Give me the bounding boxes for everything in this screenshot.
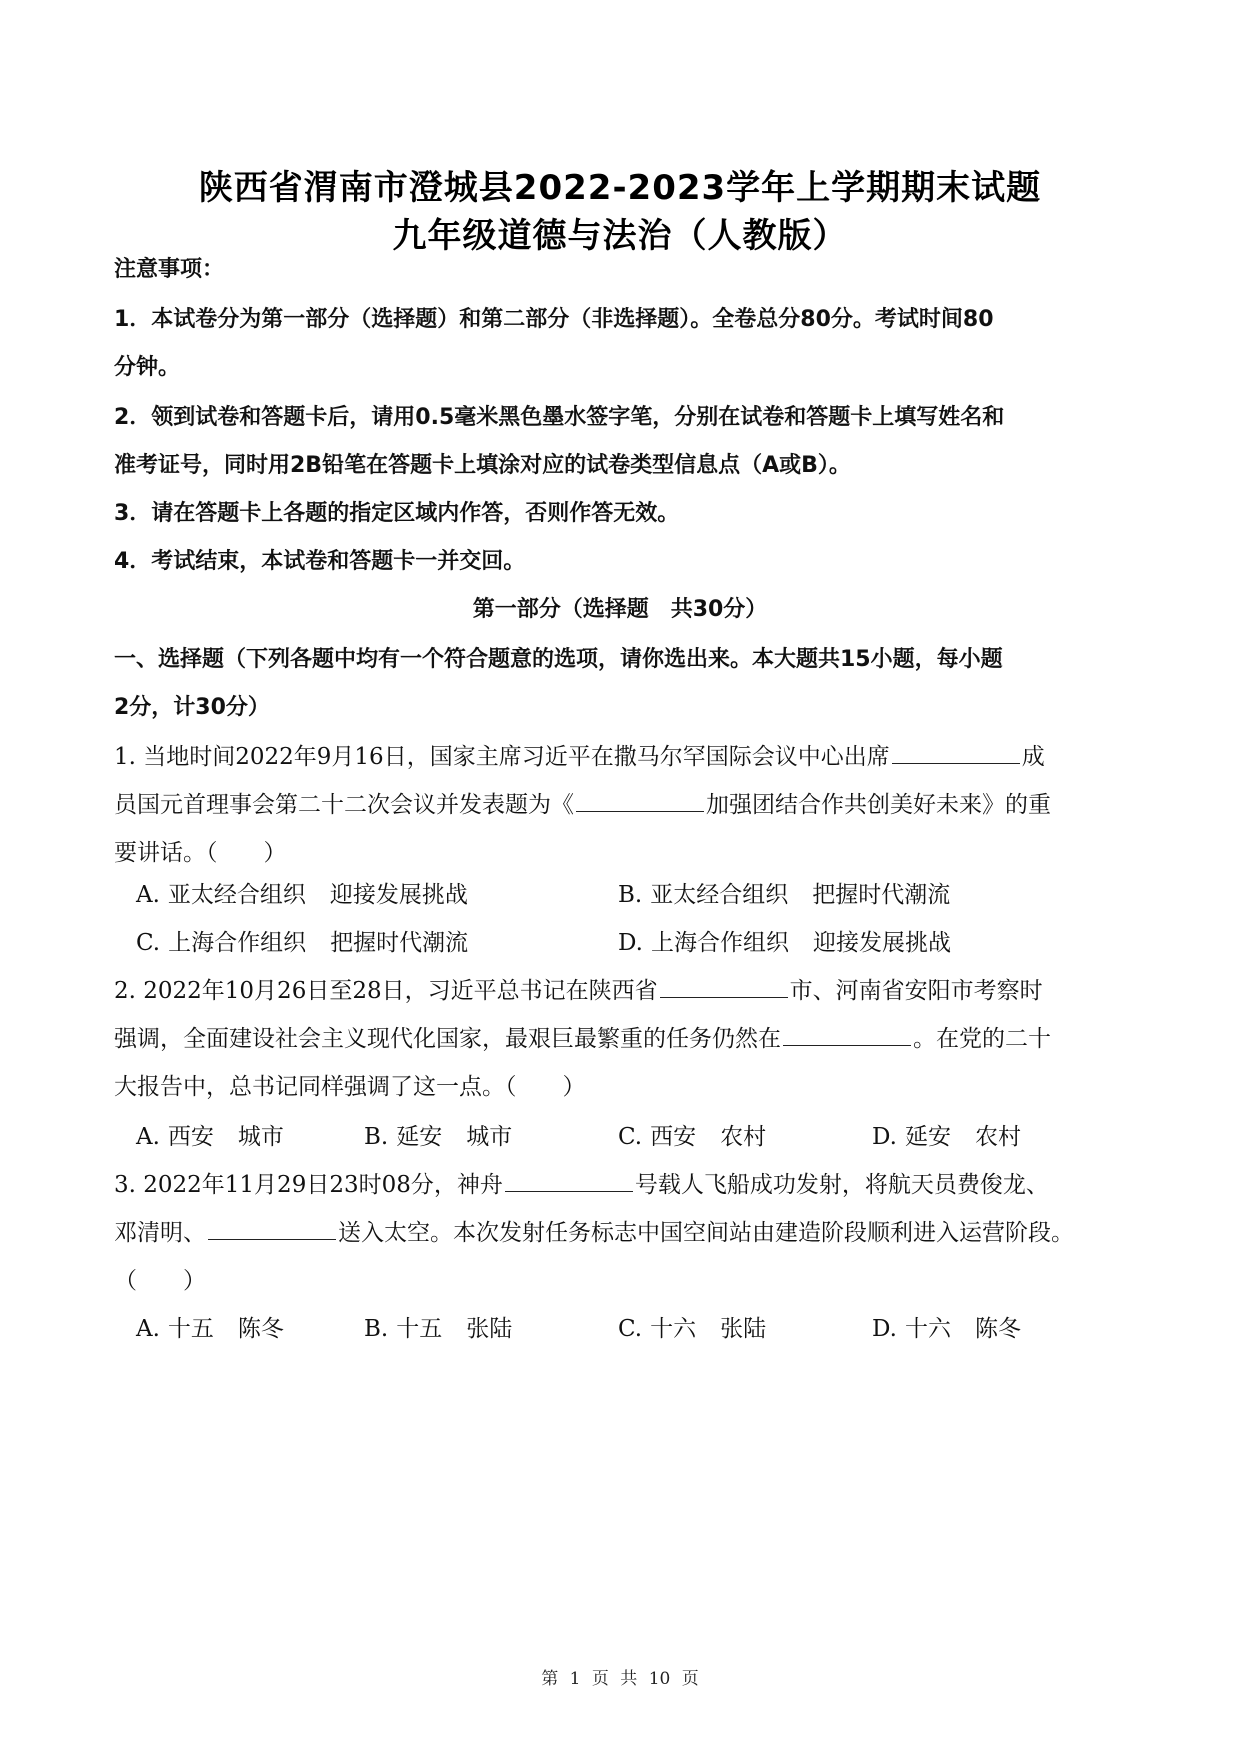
question-2-text-c: 强调，全面建设社会主义现代化国家，最艰巨最繁重的任务仍然在 (114, 1026, 781, 1052)
option-letter: A. (136, 1124, 160, 1150)
option-part1: 十六 (905, 1316, 951, 1342)
question-2-blank-2 (783, 1027, 911, 1046)
option-letter: D. (872, 1124, 897, 1150)
option-part1: 上海合作组织 (168, 930, 306, 956)
option-part1: 亚太经合组织 (168, 882, 306, 908)
note-2-line1: 2．领到试卷和答题卡后，请用0.5毫米黑色墨水签字笔，分别在试卷和答题卡上填写姓… (114, 400, 1004, 431)
question-2-text-d: 。在党的二十 (913, 1026, 1051, 1052)
notes-heading: 注意事项： (114, 252, 224, 283)
option-part1: 延安 (396, 1124, 442, 1150)
note-1-line1: 1．本试卷分为第一部分（选择题）和第二部分（非选择题）。全卷总分80分。考试时间… (114, 302, 994, 333)
question-3-line1: 3. 2022年11月29日23时08分，神舟号载人飞船成功发射，将航天员费俊龙… (114, 1166, 1049, 1199)
question-1-option-a: A.亚太经合组织迎接发展挑战 (136, 876, 468, 909)
question-3-option-d: D.十六陈冬 (872, 1310, 1021, 1343)
option-letter: B. (364, 1316, 388, 1342)
option-part2: 张陆 (720, 1316, 766, 1342)
question-3-text-b: 号载人飞船成功发射，将航天员费俊龙、 (635, 1172, 1049, 1198)
note-4: 4．考试结束，本试卷和答题卡一并交回。 (114, 544, 525, 575)
section-title: 第一部分（选择题 共30分） (0, 592, 1240, 623)
option-part2: 迎接发展挑战 (330, 882, 468, 908)
question-1-text-b: 成 (1022, 744, 1045, 770)
question-2-line3: 大报告中，总书记同样强调了这一点。（ ） (114, 1068, 586, 1101)
exam-page: 陕西省渭南市澄城县2022-2023学年上学期期末试题 九年级道德与法治（人教版… (0, 0, 1240, 1753)
option-letter: C. (618, 1316, 642, 1342)
question-1-option-b: B.亚太经合组织把握时代潮流 (618, 876, 950, 909)
question-3-line3: （ ） (114, 1262, 206, 1295)
question-3-option-a: A.十五陈冬 (136, 1310, 284, 1343)
option-part1: 十五 (396, 1316, 442, 1342)
option-part2: 把握时代潮流 (330, 930, 468, 956)
option-letter: D. (618, 930, 643, 956)
question-1-blank-2 (576, 793, 704, 812)
option-part2: 陈冬 (238, 1316, 284, 1342)
question-2-text-a: 2. 2022年10月26日至28日，习近平总书记在陕西省 (114, 978, 658, 1004)
question-2-line2: 强调，全面建设社会主义现代化国家，最艰巨最繁重的任务仍然在。在党的二十 (114, 1020, 1051, 1053)
option-part1: 上海合作组织 (651, 930, 789, 956)
question-1-line2: 员国元首理事会第二十二次会议并发表题为《加强团结合作共创美好未来》的重 (114, 786, 1051, 819)
option-letter: C. (136, 930, 160, 956)
question-1-line3: 要讲话。（ ） (114, 834, 287, 867)
option-part2: 迎接发展挑战 (813, 930, 951, 956)
question-1-line1: 1. 当地时间2022年9月16日，国家主席习近平在撒马尔罕国际会议中心出席成 (114, 738, 1045, 771)
option-part2: 把握时代潮流 (812, 882, 950, 908)
question-1-blank-1 (892, 745, 1020, 764)
question-3-blank-2 (208, 1221, 336, 1240)
question-2-option-b: B.延安城市 (364, 1118, 512, 1151)
exam-title: 陕西省渭南市澄城县2022-2023学年上学期期末试题 (0, 160, 1240, 209)
option-part2: 城市 (466, 1124, 512, 1150)
question-2-text-b: 市、河南省安阳市考察时 (790, 978, 1043, 1004)
question-2-line1: 2. 2022年10月26日至28日，习近平总书记在陕西省市、河南省安阳市考察时 (114, 972, 1043, 1005)
question-3-text-a: 3. 2022年11月29日23时08分，神舟 (114, 1172, 503, 1198)
option-part2: 张陆 (466, 1316, 512, 1342)
option-part1: 西安 (650, 1124, 696, 1150)
question-2-option-a: A.西安城市 (136, 1118, 284, 1151)
question-2-blank-1 (660, 979, 788, 998)
page-number: 第 1 页 共 10 页 (0, 1664, 1240, 1689)
option-letter: B. (618, 882, 642, 908)
section-instruction-line1: 一、选择题（下列各题中均有一个符合题意的选项，请你选出来。本大题共15小题，每小… (114, 642, 1003, 673)
note-1-line2: 分钟。 (114, 350, 180, 381)
note-3: 3．请在答题卡上各题的指定区域内作答，否则作答无效。 (114, 496, 679, 527)
section-instruction-line2: 2分，计30分） (114, 690, 270, 721)
option-part2: 陈冬 (975, 1316, 1021, 1342)
option-part1: 十五 (168, 1316, 214, 1342)
question-3-line2: 邓清明、送入太空。本次发射任务标志中国空间站由建造阶段顺利进入运营阶段。 (114, 1214, 1074, 1247)
option-part2: 农村 (975, 1124, 1021, 1150)
question-1-text-d: 加强团结合作共创美好未来》的重 (706, 792, 1051, 818)
question-3-text-d: 送入太空。本次发射任务标志中国空间站由建造阶段顺利进入运营阶段。 (338, 1220, 1074, 1246)
option-letter: A. (136, 1316, 160, 1342)
question-3-text-c: 邓清明、 (114, 1220, 206, 1246)
question-2-option-c: C.西安农村 (618, 1118, 766, 1151)
option-letter: A. (136, 882, 160, 908)
option-letter: D. (872, 1316, 897, 1342)
question-3-option-b: B.十五张陆 (364, 1310, 512, 1343)
option-part1: 延安 (905, 1124, 951, 1150)
question-3-option-c: C.十六张陆 (618, 1310, 766, 1343)
option-part2: 城市 (238, 1124, 284, 1150)
question-1-text-a: 1. 当地时间2022年9月16日，国家主席习近平在撒马尔罕国际会议中心出席 (114, 744, 890, 770)
question-3-blank-1 (505, 1173, 633, 1192)
option-letter: B. (364, 1124, 388, 1150)
option-part1: 亚太经合组织 (650, 882, 788, 908)
option-part2: 农村 (720, 1124, 766, 1150)
exam-subtitle: 九年级道德与法治（人教版） (0, 208, 1240, 257)
note-2-line2: 准考证号，同时用2B铅笔在答题卡上填涂对应的试卷类型信息点（A或B）。 (114, 448, 851, 479)
option-part1: 西安 (168, 1124, 214, 1150)
question-1-option-d: D.上海合作组织迎接发展挑战 (618, 924, 951, 957)
question-2-option-d: D.延安农村 (872, 1118, 1021, 1151)
question-1-text-c: 员国元首理事会第二十二次会议并发表题为《 (114, 792, 574, 818)
question-1-option-c: C.上海合作组织把握时代潮流 (136, 924, 468, 957)
option-part1: 十六 (650, 1316, 696, 1342)
option-letter: C. (618, 1124, 642, 1150)
